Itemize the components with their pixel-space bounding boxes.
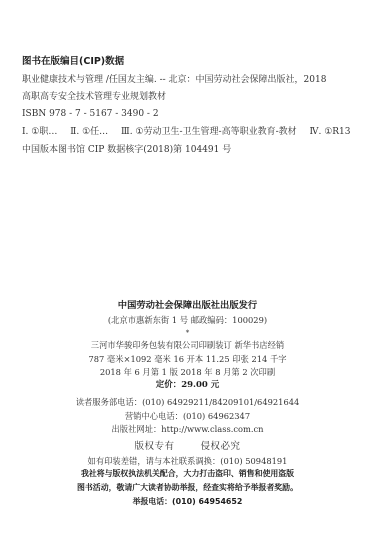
- cip-series: 高职高专安全技术管理专业规划教材: [22, 93, 166, 102]
- publisher-name: 中国劳动社会保障出版社出版发行: [0, 301, 375, 310]
- copyright-left: 版权专有: [134, 442, 174, 452]
- copyright-right: 侵权必究: [201, 442, 241, 452]
- classification-2: Ⅱ. ①任…: [70, 128, 108, 137]
- cip-classification: Ⅰ. ①职… Ⅱ. ①任… Ⅲ. ①劳动卫生-卫生管理-高等职业教育-教材 Ⅳ.…: [22, 128, 351, 137]
- defect-notice: 如有印装差错，请与本社联系调换：(010) 50948191: [0, 457, 375, 465]
- cip-book-record: 职业健康技术与管理 /任国友主编. -- 北京：中国劳动社会保障出版社，2018: [22, 76, 326, 85]
- anti-piracy-line-1: 我社将与版权执法机关配合，大力打击盗印、销售和使用盗版: [0, 470, 375, 478]
- book-specs: 787 毫米×1092 毫米 16 开本 11.25 印张 214 千字: [0, 355, 375, 363]
- cip-isbn: ISBN 978 - 7 - 5167 - 3490 - 2: [22, 110, 159, 119]
- marketing-phone: 营销中心电话：(010) 64962347: [0, 412, 375, 420]
- reader-service-phone: 读者服务部电话：(010) 64929211/84209101/64921644: [0, 398, 375, 406]
- edition-info: 2018 年 6 月第 1 版 2018 年 8 月第 2 次印刷: [0, 368, 375, 376]
- cip-title: 图书在版编目(CIP)数据: [22, 57, 124, 67]
- classification-1: Ⅰ. ①职…: [22, 128, 57, 137]
- copyright-notice: 版权专有侵权必究: [0, 442, 375, 452]
- anti-piracy-line-2: 图书活动，敬请广大读者协助举报，经查实将给予举报者奖励。: [0, 484, 375, 492]
- classification-4: Ⅳ. ①R13: [310, 128, 351, 137]
- separator-star: *: [0, 330, 375, 337]
- publisher-website: 出版社网址：http://www.class.com.cn: [0, 425, 375, 433]
- price: 定价：29.00 元: [0, 381, 375, 390]
- publisher-address: (北京市惠新东街 1 号 邮政编码：100029): [0, 316, 375, 324]
- classification-3: Ⅲ. ①劳动卫生-卫生管理-高等职业教育-教材: [121, 128, 297, 137]
- cip-library-record: 中国版本图书馆 CIP 数据核字(2018)第 104491 号: [22, 146, 231, 155]
- printer-info: 三河市华骏印务包装有限公司印刷装订 新华书店经销: [0, 341, 375, 349]
- report-phone: 举报电话：(010) 64954652: [0, 498, 375, 506]
